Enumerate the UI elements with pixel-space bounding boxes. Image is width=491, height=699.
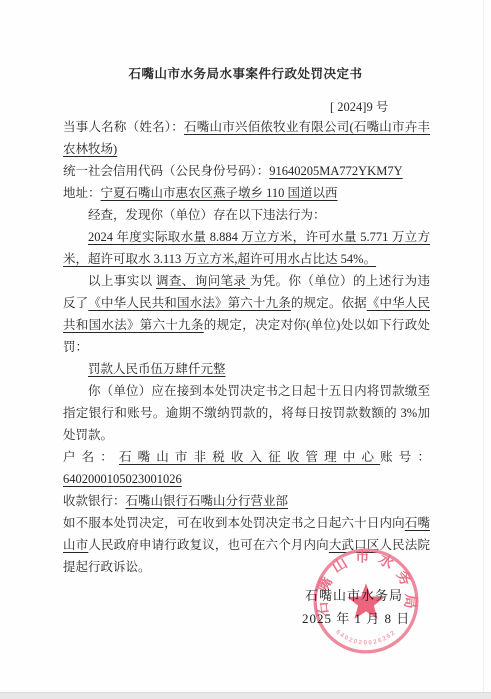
paragraph: 以上事实以 调查、询问笔录 为凭。你（单位）的上述行为违反了《中华人民共和国水法…: [63, 270, 430, 358]
paragraph: 户名：石嘴山市非税收入征收管理中心账号：6402000105023001026: [63, 446, 430, 490]
signature-agency: 石嘴山市水务局: [305, 585, 403, 604]
static-text: 的规定。依据: [291, 296, 367, 310]
document-body: 当事人名称（姓名）：石嘴山市兴佰侬牧业有限公司(石嘴山市卉丰农林牧场)统一社会信…: [63, 116, 430, 578]
signature-date: 2025 年 1 月 8 日: [302, 608, 410, 627]
paragraph: 你（单位）应在接到本处罚决定书之日起十五日内将罚款缴至指定银行和账号。逾期不缴纳…: [63, 380, 430, 446]
filled-field-text: 2024 年度实际取水量 8.884 万立方米，许可水量 5.771 万立方米，…: [63, 230, 430, 266]
paragraph: 2024 年度实际取水量 8.884 万立方米，许可水量 5.771 万立方米，…: [63, 226, 430, 270]
paragraph: 统一社会信用代码（公民身份号码）：91640205MA772YKM7Y: [63, 160, 430, 182]
static-text: 当事人名称（姓名）：: [63, 120, 184, 134]
paragraph: 罚款人民币伍万肆仟元整: [63, 358, 430, 380]
filled-field-text: 宁夏石嘴山市惠农区燕子墩乡 110 国道以西: [101, 186, 338, 200]
paragraph: 经查，发现你（单位）存在以下违法行为：: [63, 204, 430, 226]
paragraph: 收款银行：石嘴山银行石嘴山分行营业部: [63, 490, 430, 512]
static-text: 你（单位）应在接到本处罚决定书之日起十五日内将罚款缴至指定银行和账号。逾期不缴纳…: [63, 384, 430, 442]
filled-field-text: 《中华人民共和国水法》第六十九条: [88, 296, 291, 310]
static-text: 如不服本处罚决定，可在收到本处罚决定书之日起六十日内向: [63, 516, 405, 530]
static-text: 地址：: [63, 186, 101, 200]
static-text: 经查，发现你（单位）存在以下违法行为：: [88, 208, 326, 222]
static-text: 账号：: [380, 450, 430, 464]
static-text: 人民政府申请行政复议，也可在六个月内向: [88, 538, 329, 552]
filled-field-text: 罚款人民币伍万肆仟元整: [88, 362, 226, 376]
paragraph: 当事人名称（姓名）：石嘴山市兴佰侬牧业有限公司(石嘴山市卉丰农林牧场): [63, 116, 430, 160]
scan-edge-bottom: [0, 692, 491, 699]
filled-field-text: 石嘴山市非税收入征收管理中心: [119, 450, 380, 464]
doc-number: [ 2024]9 号: [330, 97, 388, 115]
scan-edge-right: [483, 0, 484, 692]
static-text: 收款银行：: [63, 494, 126, 508]
document-title: 石嘴山市水务局水事案件行政处罚决定书: [0, 64, 491, 82]
paragraph: 地址：宁夏石嘴山市惠农区燕子墩乡 110 国道以西: [63, 182, 430, 204]
filled-field-text: 91640205MA772YKM7Y: [269, 164, 402, 178]
static-text: 统一社会信用代码（公民身份号码）：: [63, 164, 269, 178]
filled-field-text: 6402000105023001026: [63, 472, 182, 486]
document-page: 石嘴山市水务局水事案件行政处罚决定书 [ 2024]9 号 当事人名称（姓名）：…: [0, 0, 491, 699]
filled-field-text: 石嘴山银行石嘴山分行营业部: [126, 494, 289, 508]
filled-field-text: 调查、询问笔录: [156, 274, 250, 288]
seal-serial-number: 6402020026262: [334, 629, 397, 647]
static-text: 以上事实以: [88, 274, 156, 288]
static-text: 户名：: [63, 450, 119, 464]
